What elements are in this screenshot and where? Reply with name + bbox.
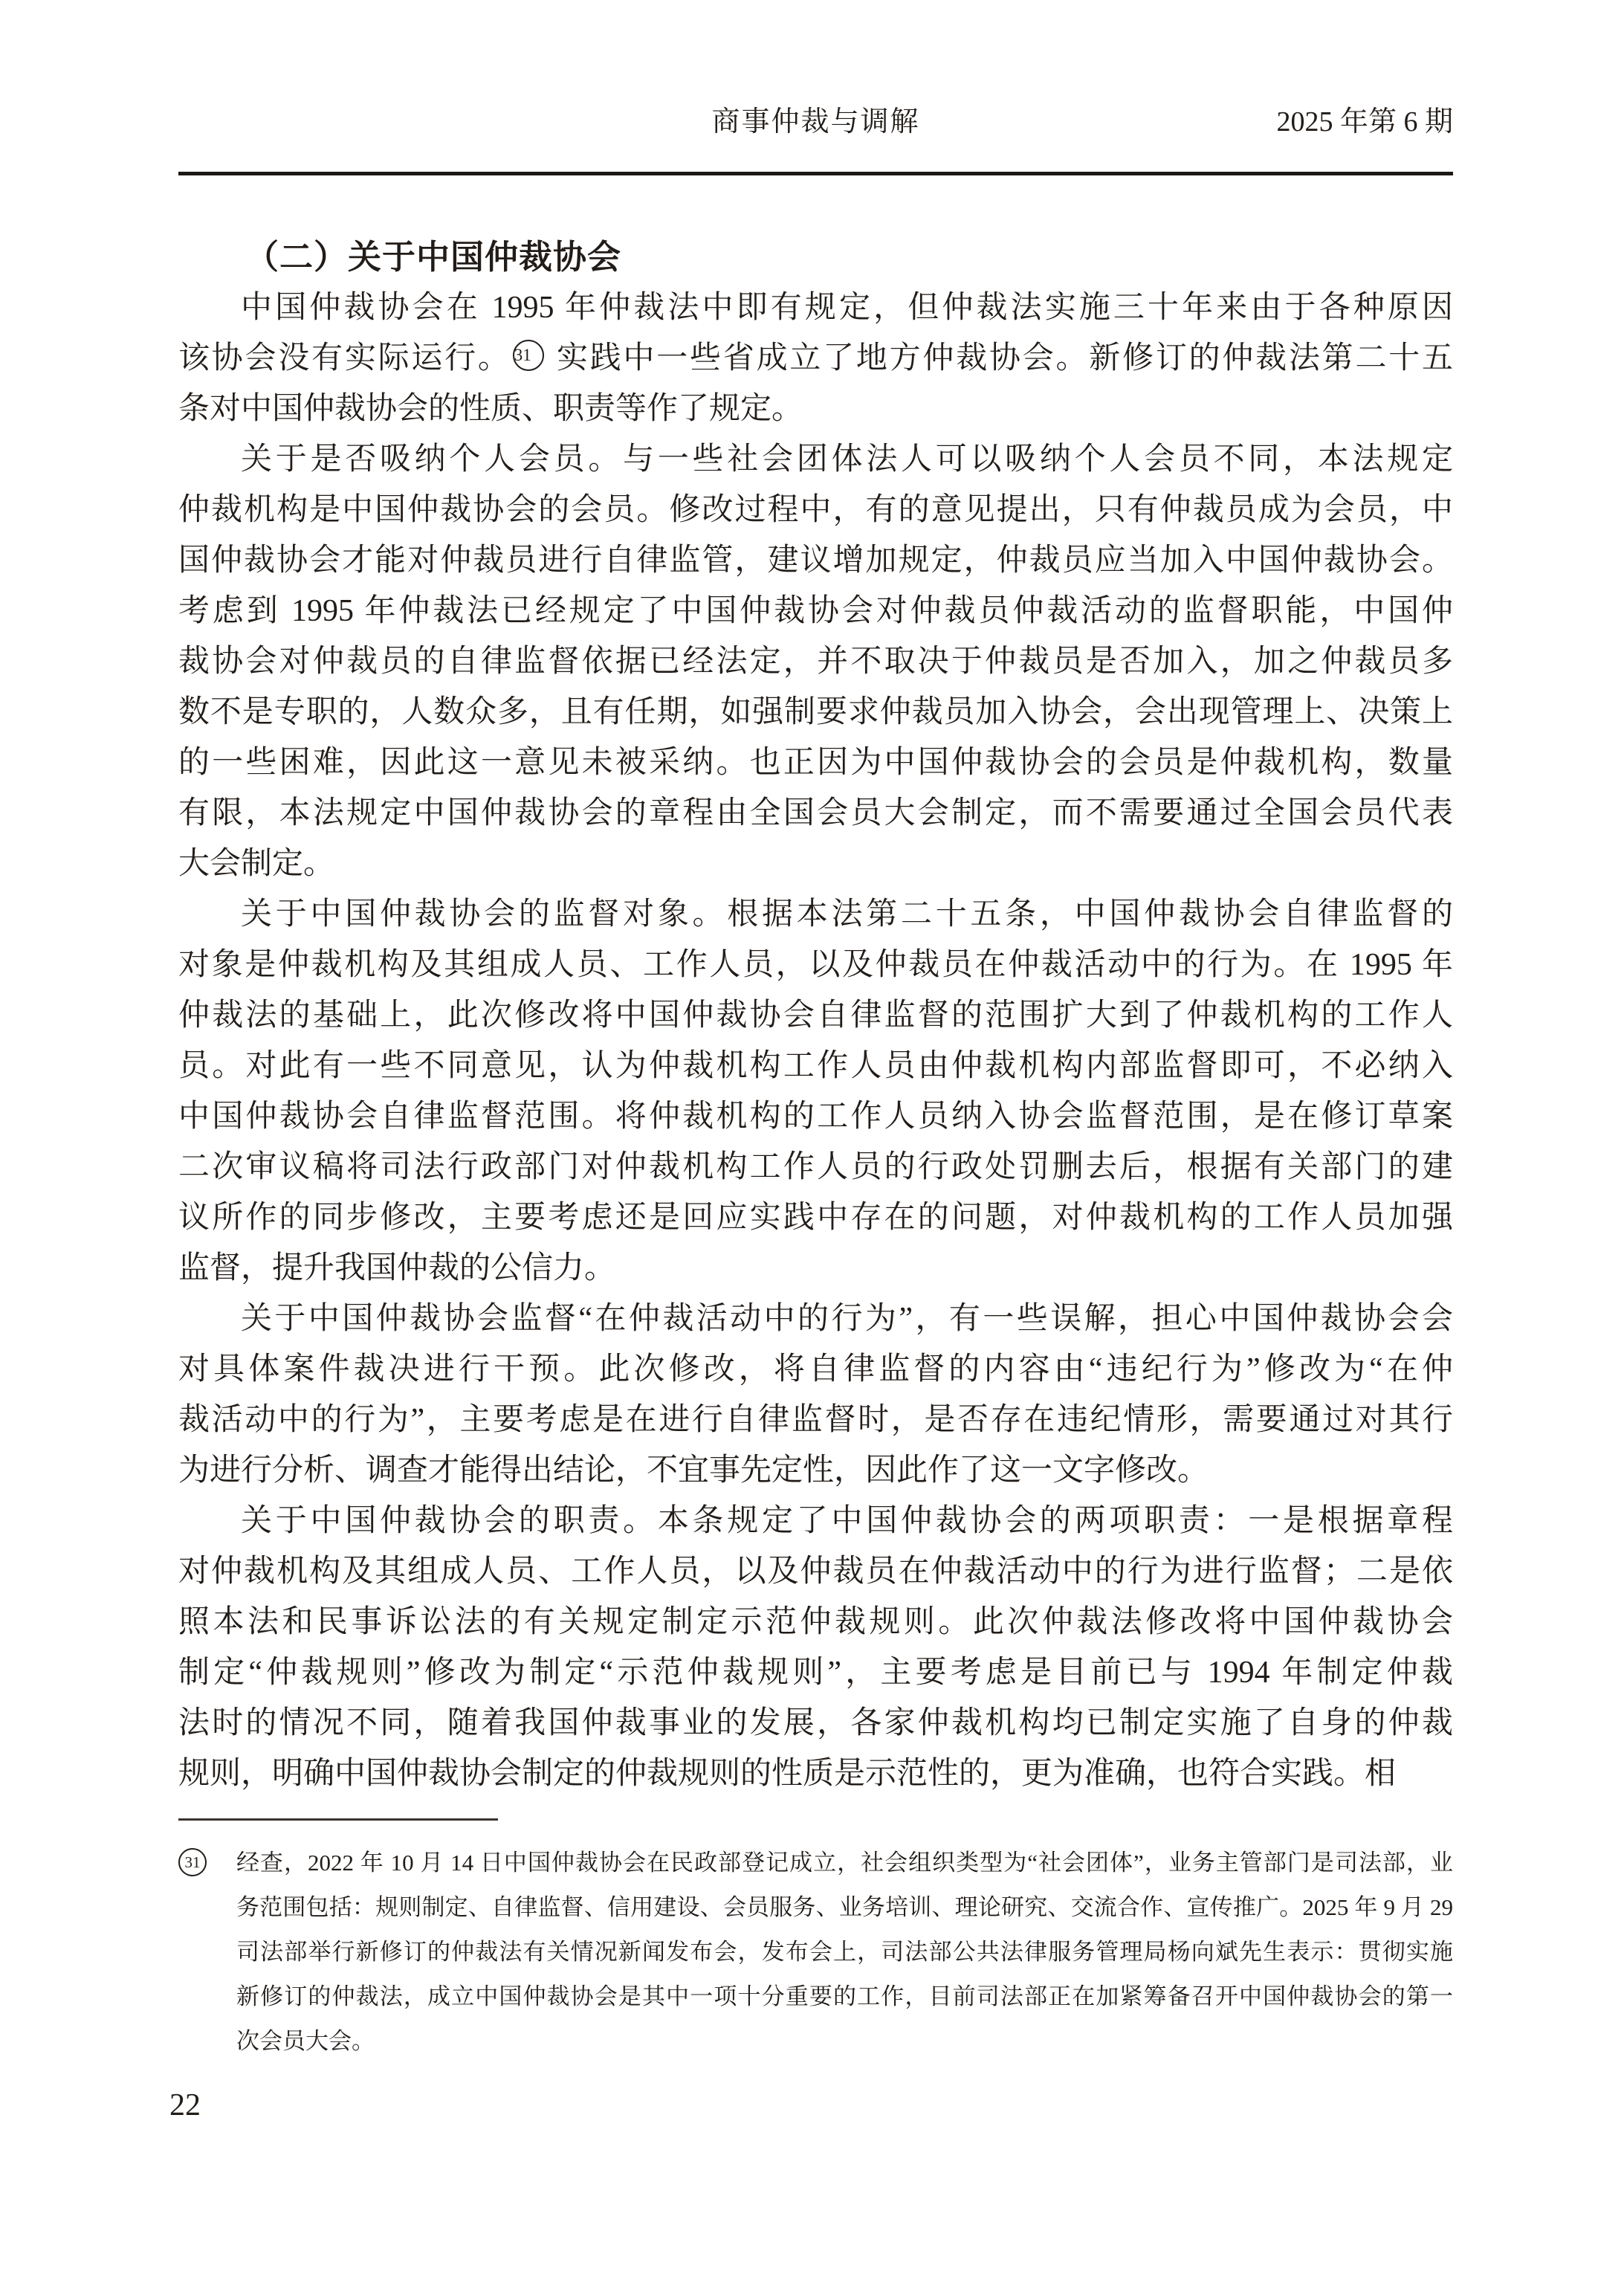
footnote-line: 次会员大会。 (236, 2019, 1453, 2064)
text-line: 该协会没有实际运行。31 实践中一些省成立了地方仲裁协会。新修订的仲裁法第二十五 (178, 333, 1453, 384)
text-line: 关于中国仲裁协会的职责。本条规定了中国仲裁协会的两项职责：一是根据章程 (178, 1496, 1453, 1546)
text-line: 关于中国仲裁协会监督“在仲裁活动中的行为”，有一些误解，担心中国仲裁协会会 (178, 1294, 1453, 1344)
text-line: 对象是仲裁机构及其组成人员、工作人员，以及仲裁员在仲裁活动中的行为。在 1995… (178, 940, 1453, 990)
text-line: 关于中国仲裁协会的监督对象。根据本法第二十五条，中国仲裁协会自律监督的 (178, 889, 1453, 940)
text-line: 国仲裁协会才能对仲裁员进行自律监管，建议增加规定，仲裁员应当加入中国仲裁协会。 (178, 535, 1453, 586)
text-line: 对具体案件裁决进行干预。此次修改，将自律监督的内容由“违纪行为”修改为“在仲 (178, 1344, 1453, 1395)
text-line: 员。对此有一些不同意见，认为仲裁机构工作人员由仲裁机构内部监督即可，不必纳入 (178, 1041, 1453, 1091)
journal-title: 商事仲裁与调解 (711, 103, 919, 141)
paragraph: 关于是否吸纳个人会员。与一些社会团体法人可以吸纳个人会员不同，本法规定仲裁机构是… (178, 434, 1453, 889)
text-line: 考虑到 1995 年仲裁法已经规定了中国仲裁协会对仲裁员仲裁活动的监督职能，中国… (178, 586, 1453, 636)
text-column: 商事仲裁与调解 2025 年第 6 期 （二）关于中国仲裁协会 中国仲裁协会在 … (178, 0, 1453, 2283)
issue-label: 2025 年第 6 期 (1276, 103, 1453, 141)
text-line: 对仲裁机构及其组成人员、工作人员，以及仲裁员在仲裁活动中的行为进行监督；二是依 (178, 1546, 1453, 1597)
text-line: 数不是专职的，人数众多，且有任期，如强制要求仲裁员加入协会，会出现管理上、决策上 (178, 687, 1453, 737)
text-line: 制定“仲裁规则”修改为制定“示范仲裁规则”，主要考虑是目前已与 1994 年制定… (178, 1647, 1453, 1698)
text-line: 的一些困难，因此这一意见未被采纳。也正因为中国仲裁协会的会员是仲裁机构，数量 (178, 737, 1453, 788)
text-line: 中国仲裁协会自律监督范围。将仲裁机构的工作人员纳入协会监督范围，是在修订草案 (178, 1091, 1453, 1142)
footnote-ref-icon: 31 (513, 340, 544, 371)
text-line: 规则，明确中国仲裁协会制定的仲裁规则的性质是示范性的，更为准确，也符合实践。相 (178, 1748, 1453, 1799)
text-line: 大会制定。 (178, 839, 1453, 889)
text-line: 仲裁机构是中国仲裁协会的会员。修改过程中，有的意见提出，只有仲裁员成为会员，中 (178, 485, 1453, 535)
text-line: 议所作的同步修改，主要考虑还是回应实践中存在的问题，对仲裁机构的工作人员加强 (178, 1192, 1453, 1243)
text-line: 中国仲裁协会在 1995 年仲裁法中即有规定，但仲裁法实施三十年来由于各种原因 (178, 282, 1453, 333)
footnote-line: 务范围包括：规则制定、自律监督、信用建设、会员服务、业务培训、理论研究、交流合作… (236, 1885, 1453, 1930)
text-line: 照本法和民事诉讼法的有关规定制定示范仲裁规则。此次仲裁法修改将中国仲裁协会 (178, 1597, 1453, 1647)
footnote-line: 司法部举行新修订的仲裁法有关情况新闻发布会，发布会上，司法部公共法律服务管理局杨… (236, 1930, 1453, 1974)
section-heading: （二）关于中国仲裁协会 (178, 232, 1453, 282)
text-line: 监督，提升我国仲裁的公信力。 (178, 1243, 1453, 1294)
footnote-rule (178, 1818, 498, 1821)
text-line: 关于是否吸纳个人会员。与一些社会团体法人可以吸纳个人会员不同，本法规定 (178, 434, 1453, 485)
paragraph: 中国仲裁协会在 1995 年仲裁法中即有规定，但仲裁法实施三十年来由于各种原因该… (178, 282, 1453, 434)
paragraphs: 中国仲裁协会在 1995 年仲裁法中即有规定，但仲裁法实施三十年来由于各种原因该… (178, 282, 1453, 1799)
text-line: 条对中国仲裁协会的性质、职责等作了规定。 (178, 384, 1453, 434)
text-line: 法时的情况不同，随着我国仲裁事业的发展，各家仲裁机构均已制定实施了自身的仲裁 (178, 1698, 1453, 1748)
footnote-marker: 31 (178, 1848, 207, 1876)
footnote-line: 经查，2022 年 10 月 14 日中国仲裁协会在民政部登记成立，社会组织类型… (236, 1841, 1453, 1885)
footnote: 31 经查，2022 年 10 月 14 日中国仲裁协会在民政部登记成立，社会组… (178, 1841, 1453, 2064)
text-line: 裁协会对仲裁员的自律监督依据已经法定，并不取决于仲裁员是否加入，加之仲裁员多 (178, 636, 1453, 687)
footnote-lines: 经查，2022 年 10 月 14 日中国仲裁协会在民政部登记成立，社会组织类型… (236, 1841, 1453, 2064)
text-line: 仲裁法的基础上，此次修改将中国仲裁协会自律监督的范围扩大到了仲裁机构的工作人 (178, 990, 1453, 1041)
document-page: 商事仲裁与调解 2025 年第 6 期 （二）关于中国仲裁协会 中国仲裁协会在 … (0, 0, 1624, 2283)
footnote-line: 新修订的仲裁法，成立中国仲裁协会是其中一项十分重要的工作，目前司法部正在加紧筹备… (236, 1974, 1453, 2019)
page-number: 22 (169, 2083, 201, 2128)
running-head: 商事仲裁与调解 2025 年第 6 期 (178, 103, 1453, 141)
paragraph: 关于中国仲裁协会的监督对象。根据本法第二十五条，中国仲裁协会自律监督的对象是仲裁… (178, 889, 1453, 1294)
header-rule (178, 172, 1453, 175)
text-line: 有限，本法规定中国仲裁协会的章程由全国会员大会制定，而不需要通过全国会员代表 (178, 788, 1453, 839)
text-line: 二次审议稿将司法行政部门对仲裁机构工作人员的行政处罚删去后，根据有关部门的建 (178, 1142, 1453, 1192)
text-line: 裁活动中的行为”，主要考虑是在进行自律监督时，是否存在违纪情形，需要通过对其行 (178, 1395, 1453, 1445)
body-text: （二）关于中国仲裁协会 中国仲裁协会在 1995 年仲裁法中即有规定，但仲裁法实… (178, 232, 1453, 1799)
text-line: 为进行分析、调查才能得出结论，不宜事先定性，因此作了这一文字修改。 (178, 1445, 1453, 1496)
paragraph: 关于中国仲裁协会监督“在仲裁活动中的行为”，有一些误解，担心中国仲裁协会会对具体… (178, 1294, 1453, 1496)
paragraph: 关于中国仲裁协会的职责。本条规定了中国仲裁协会的两项职责：一是根据章程对仲裁机构… (178, 1496, 1453, 1799)
